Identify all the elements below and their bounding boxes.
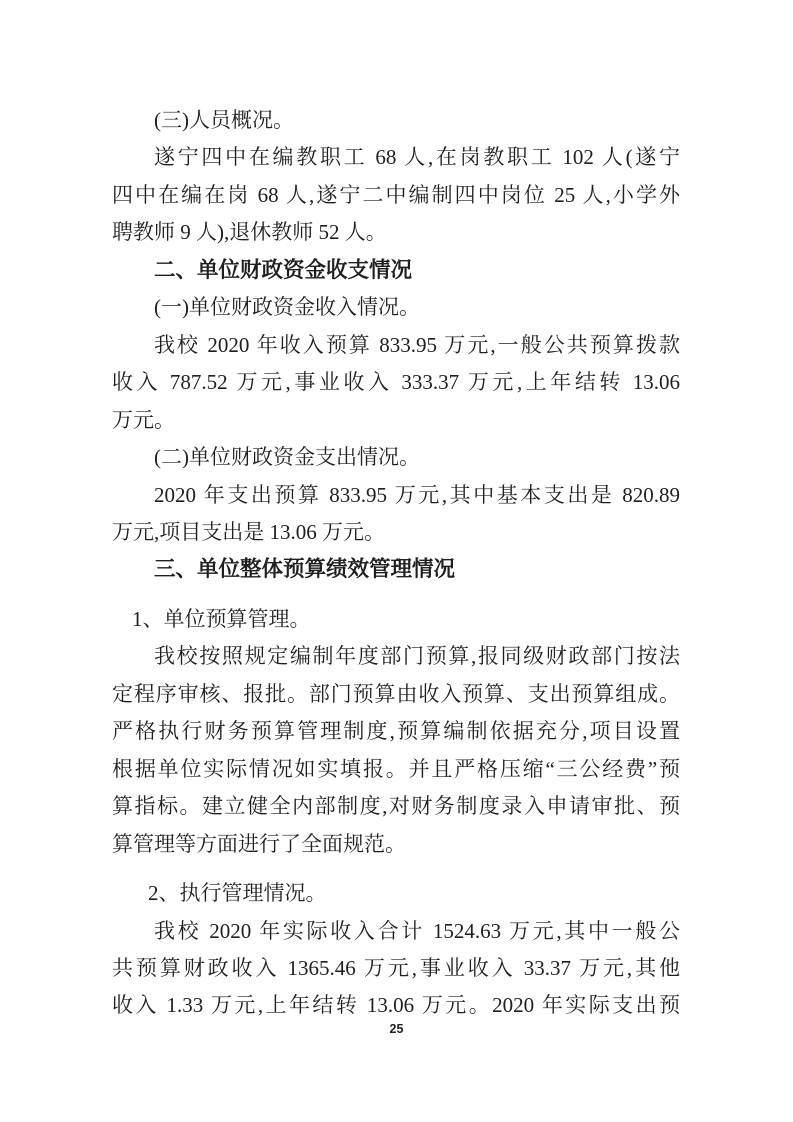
document-page: (三)人员概况。遂宁四中在编教职工 68 人,在岗教职工 102 人(遂宁四中在… [0, 0, 793, 1122]
text-line: 我校 2020 年实际收入合计 1524.63 万元,其中一般公 [112, 913, 680, 950]
text-line: (三)人员概况。 [112, 102, 680, 139]
text-line: (二)单位财政资金支出情况。 [112, 439, 680, 476]
section-heading: 三、单位整体预算绩效管理情况 [112, 551, 680, 588]
text-line: 遂宁四中在编教职工 68 人,在岗教职工 102 人(遂宁 [112, 139, 680, 176]
text-line: 收入 787.52 万元,事业收入 333.37 万元,上年结转 13.06 [112, 364, 680, 401]
text-line: 我校 2020 年收入预算 833.95 万元,一般公共预算拨款 [112, 327, 680, 364]
text-line: 2020 年支出预算 833.95 万元,其中基本支出是 820.89 [112, 477, 680, 514]
text-line: (一)单位财政资金收入情况。 [112, 289, 680, 326]
text-line: 聘教师 9 人),退休教师 52 人。 [112, 214, 680, 251]
page-body-text: (三)人员概况。遂宁四中在编教职工 68 人,在岗教职工 102 人(遂宁四中在… [112, 102, 680, 1025]
text-line: 四中在编在岗 68 人,遂宁二中编制四中岗位 25 人,小学外 [112, 177, 680, 214]
section-heading: 二、单位财政资金收支情况 [112, 252, 680, 289]
text-line: 算管理等方面进行了全面规范。 [112, 826, 680, 863]
text-line: 收入 1.33 万元,上年结转 13.06 万元。2020 年实际支出预 [112, 987, 680, 1024]
text-line: 严格执行财务预算管理制度,预算编制依据充分,项目设置 [112, 713, 680, 750]
text-line: 定程序审核、报批。部门预算由收入预算、支出预算组成。 [112, 676, 680, 713]
text-line: 2、执行管理情况。 [112, 875, 680, 912]
text-line: 万元。 [112, 402, 680, 439]
text-line: 我校按照规定编制年度部门预算,报同级财政部门按法 [112, 638, 680, 675]
text-line: 1、单位预算管理。 [112, 601, 680, 638]
text-line: 根据单位实际情况如实填报。并且严格压缩“三公经费”预 [112, 751, 680, 788]
text-line: 万元,项目支出是 13.06 万元。 [112, 514, 680, 551]
page-number: 25 [0, 1022, 793, 1036]
text-line: 共预算财政收入 1365.46 万元,事业收入 33.37 万元,其他 [112, 950, 680, 987]
text-line: 算指标。建立健全内部制度,对财务制度录入申请审批、预 [112, 788, 680, 825]
